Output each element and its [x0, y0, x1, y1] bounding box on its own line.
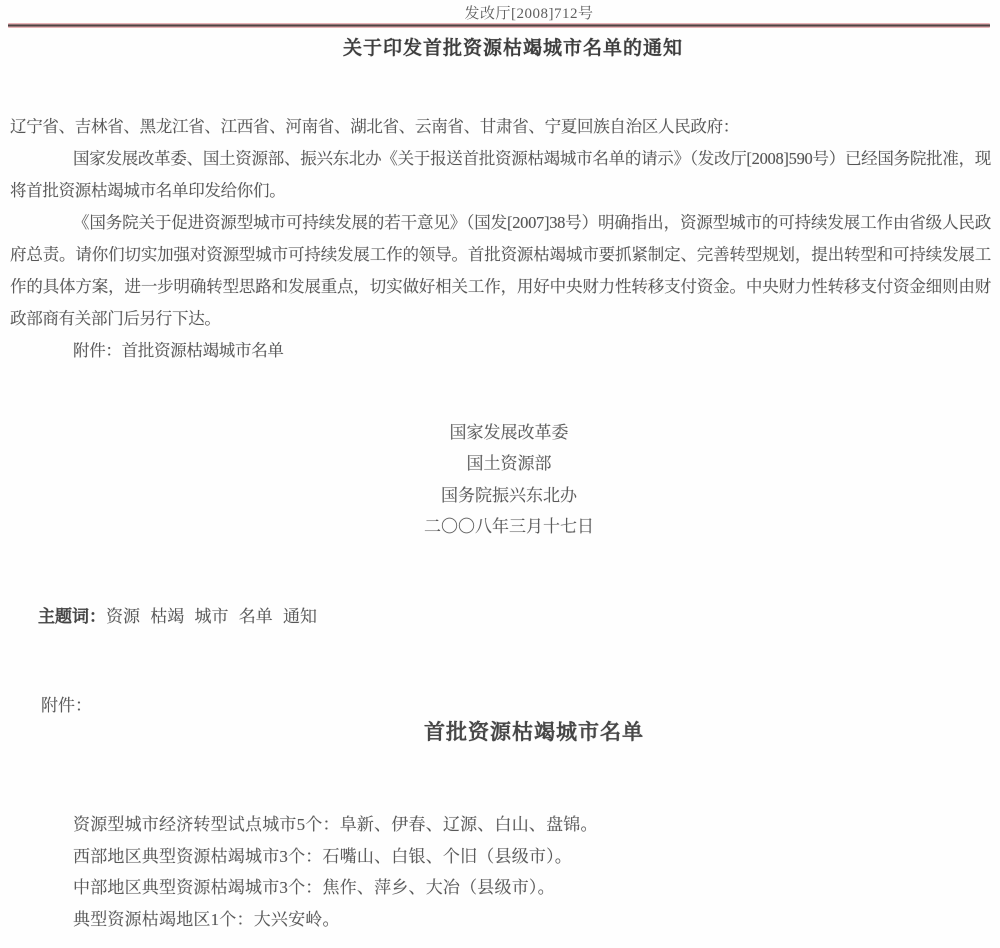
- attachment-label: 附件：: [41, 691, 92, 716]
- signature-agency-ndrc: 国家发展改革委: [0, 417, 1000, 448]
- attachment-note-line: 附件：首批资源枯竭城市名单: [10, 335, 991, 367]
- document-body: 辽宁省、吉林省、黑龙江省、江西省、河南省、湖北省、云南省、甘肃省、宁夏回族自治区…: [10, 111, 991, 367]
- subject-terms-label: 主题词：: [38, 607, 106, 626]
- city-list-item-central: 中部地区典型资源枯竭城市3个：焦作、萍乡、大冶（县级市）。: [73, 872, 980, 904]
- paragraph-approval: 国家发展改革委、国土资源部、振兴东北办《关于报送首批资源枯竭城市名单的请示》（发…: [10, 143, 991, 207]
- signature-date: 二〇〇八年三月十七日: [0, 511, 1000, 542]
- signature-block: 国家发展改革委 国土资源部 国务院振兴东北办 二〇〇八年三月十七日: [0, 417, 1000, 542]
- city-list-item-typical-region: 典型资源枯竭地区1个：大兴安岭。: [73, 904, 980, 936]
- attachment-title: 首批资源枯竭城市名单: [0, 716, 1000, 746]
- document-number: 发改厅[2008]712号: [0, 2, 1000, 23]
- paragraph-guidance: 《国务院关于促进资源型城市可持续发展的若干意见》（国发[2007]38号）明确指…: [10, 207, 991, 335]
- subject-terms-line: 主题词：资源 枯竭 城市 名单 通知: [38, 602, 317, 627]
- subject-terms-values: 资源 枯竭 城市 名单 通知: [106, 607, 317, 626]
- document-title: 关于印发首批资源枯竭城市名单的通知: [0, 33, 1000, 60]
- recipients-line: 辽宁省、吉林省、黑龙江省、江西省、河南省、湖北省、云南省、甘肃省、宁夏回族自治区…: [10, 111, 991, 143]
- signature-agency-northeast-office: 国务院振兴东北办: [0, 480, 1000, 511]
- city-list-item-western: 西部地区典型资源枯竭城市3个：石嘴山、白银、个旧（县级市）。: [73, 841, 980, 873]
- city-list-item-transition-pilot: 资源型城市经济转型试点城市5个：阜新、伊春、辽源、白山、盘锦。: [73, 809, 980, 841]
- attachment-city-list: 资源型城市经济转型试点城市5个：阜新、伊春、辽源、白山、盘锦。 西部地区典型资源…: [73, 809, 980, 935]
- red-separator-line: [8, 23, 990, 28]
- document-page: 发改厅[2008]712号 关于印发首批资源枯竭城市名单的通知 辽宁省、吉林省、…: [0, 0, 1000, 948]
- signature-agency-land-resources: 国土资源部: [0, 448, 1000, 479]
